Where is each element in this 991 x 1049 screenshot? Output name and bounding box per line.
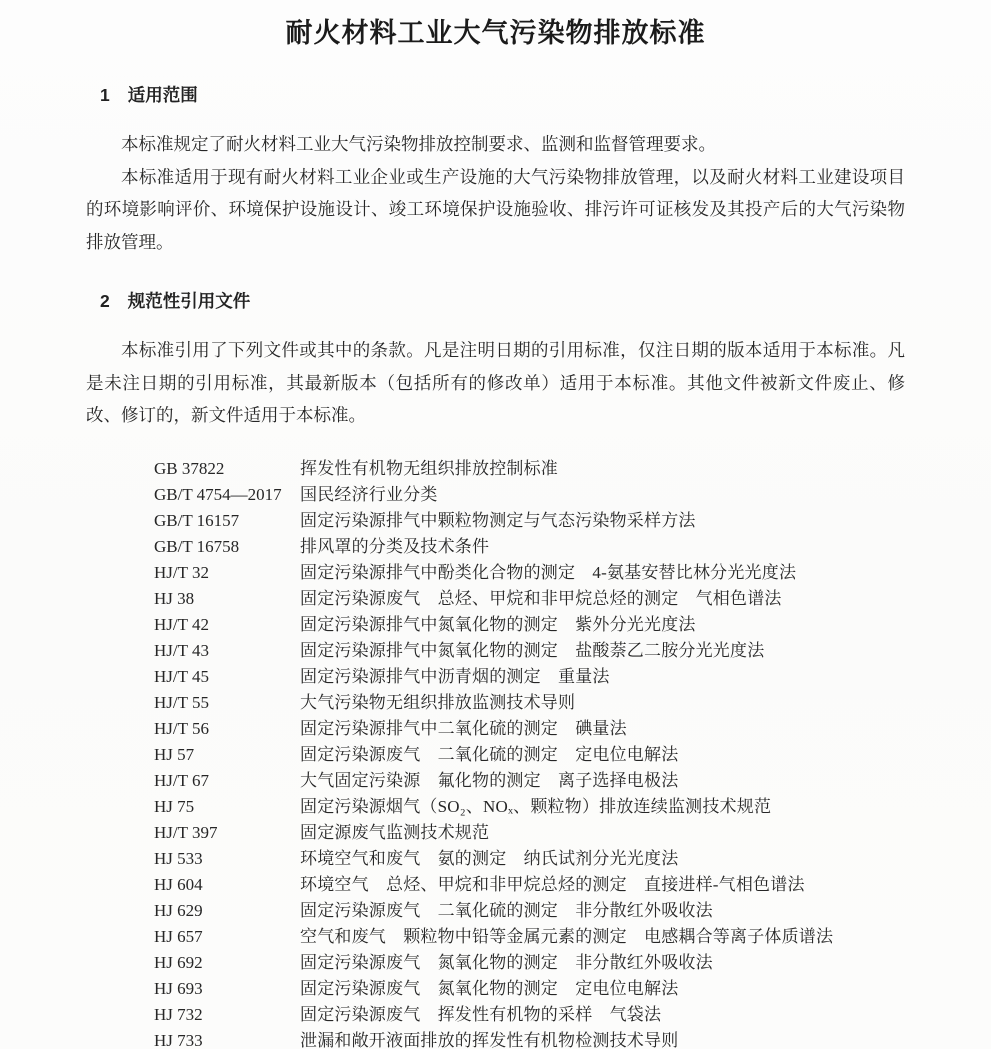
section-2-body: 本标准引用了下列文件或其中的条款。凡是注明日期的引用标准，仅注日期的版本适用于本… (86, 334, 905, 432)
document-page: 耐火材料工业大气污染物排放标准 1适用范围 本标准规定了耐火材料工业大气污染物排… (0, 0, 991, 1049)
section-1-heading: 1适用范围 (100, 84, 905, 106)
reference-code: GB/T 16157 (154, 508, 300, 534)
reference-title: 固定源废气监测技术规范 (300, 823, 489, 842)
reference-code: HJ 75 (154, 794, 300, 820)
reference-code: HJ/T 43 (154, 638, 300, 664)
reference-title: 排风罩的分类及技术条件 (300, 537, 489, 556)
reference-title: 固定污染源烟气（SO₂、NOₓ、颗粒物）排放连续监测技术规范 (300, 797, 771, 816)
reference-code: HJ 38 (154, 586, 300, 612)
reference-title: 大气污染物无组织排放监测技术导则 (300, 693, 575, 712)
reference-title: 固定污染源排气中氮氧化物的测定 紫外分光光度法 (300, 615, 696, 634)
reference-title: 挥发性有机物无组织排放控制标准 (300, 459, 558, 478)
section-normative-references: 2规范性引用文件 本标准引用了下列文件或其中的条款。凡是注明日期的引用标准，仅注… (86, 290, 905, 1049)
reference-code: HJ/T 45 (154, 664, 300, 690)
reference-item: HJ 629固定污染源废气 二氧化硫的测定 非分散红外吸收法 (154, 898, 905, 924)
reference-code: HJ 732 (154, 1002, 300, 1028)
reference-item: HJ/T 45固定污染源排气中沥青烟的测定 重量法 (154, 664, 905, 690)
reference-title: 固定污染源排气中颗粒物测定与气态污染物采样方法 (300, 511, 696, 530)
reference-code: GB/T 4754—2017 (154, 482, 300, 508)
section-1-body: 本标准规定了耐火材料工业大气污染物排放控制要求、监测和监督管理要求。 本标准适用… (86, 128, 905, 258)
paragraph-scope-2: 本标准适用于现有耐火材料工业企业或生产设施的大气污染物排放管理，以及耐火材料工业… (86, 161, 905, 259)
reference-item: GB/T 16157固定污染源排气中颗粒物测定与气态污染物采样方法 (154, 508, 905, 534)
reference-item: HJ 38固定污染源废气 总烃、甲烷和非甲烷总烃的测定 气相色谱法 (154, 586, 905, 612)
reference-item: HJ 57固定污染源废气 二氧化硫的测定 定电位电解法 (154, 742, 905, 768)
reference-item: HJ 657空气和废气 颗粒物中铅等金属元素的测定 电感耦合等离子体质谱法 (154, 924, 905, 950)
reference-item: HJ/T 67大气固定污染源 氟化物的测定 离子选择电极法 (154, 768, 905, 794)
section-scope: 1适用范围 本标准规定了耐火材料工业大气污染物排放控制要求、监测和监督管理要求。… (86, 84, 905, 258)
reference-title: 固定污染源排气中沥青烟的测定 重量法 (300, 667, 610, 686)
reference-item: GB/T 16758排风罩的分类及技术条件 (154, 534, 905, 560)
reference-item: HJ/T 56固定污染源排气中二氧化硫的测定 碘量法 (154, 716, 905, 742)
reference-item: HJ 604环境空气 总烃、甲烷和非甲烷总烃的测定 直接进样-气相色谱法 (154, 872, 905, 898)
section-2-title: 规范性引用文件 (128, 291, 251, 311)
reference-code: HJ/T 32 (154, 560, 300, 586)
reference-title: 固定污染源废气 挥发性有机物的采样 气袋法 (300, 1005, 661, 1024)
reference-item: GB 37822挥发性有机物无组织排放控制标准 (154, 456, 905, 482)
reference-code: GB/T 16758 (154, 534, 300, 560)
reference-title: 环境空气 总烃、甲烷和非甲烷总烃的测定 直接进样-气相色谱法 (300, 875, 805, 894)
reference-code: HJ/T 55 (154, 690, 300, 716)
reference-title: 固定污染源废气 二氧化硫的测定 非分散红外吸收法 (300, 901, 713, 920)
reference-item: HJ 75固定污染源烟气（SO₂、NOₓ、颗粒物）排放连续监测技术规范 (154, 794, 905, 820)
reference-code: HJ/T 67 (154, 768, 300, 794)
reference-code: HJ 533 (154, 846, 300, 872)
reference-title: 泄漏和敞开液面排放的挥发性有机物检测技术导则 (300, 1031, 678, 1049)
reference-code: HJ 733 (154, 1028, 300, 1049)
reference-title: 固定污染源废气 二氧化硫的测定 定电位电解法 (300, 745, 678, 764)
reference-item: GB/T 4754—2017国民经济行业分类 (154, 482, 905, 508)
section-2-heading: 2规范性引用文件 (100, 290, 905, 312)
reference-code: HJ/T 56 (154, 716, 300, 742)
paragraph-references-intro: 本标准引用了下列文件或其中的条款。凡是注明日期的引用标准，仅注日期的版本适用于本… (86, 334, 905, 432)
reference-item: HJ/T 397固定源废气监测技术规范 (154, 820, 905, 846)
reference-item: HJ 533环境空气和废气 氨的测定 纳氏试剂分光光度法 (154, 846, 905, 872)
reference-title: 固定污染源排气中酚类化合物的测定 4-氨基安替比林分光光度法 (300, 563, 796, 582)
reference-code: HJ 693 (154, 976, 300, 1002)
reference-item: HJ/T 42固定污染源排气中氮氧化物的测定 紫外分光光度法 (154, 612, 905, 638)
section-1-title: 适用范围 (128, 85, 198, 105)
reference-code: HJ 604 (154, 872, 300, 898)
section-1-number: 1 (100, 84, 110, 106)
reference-code: HJ/T 397 (154, 820, 300, 846)
reference-title: 空气和废气 颗粒物中铅等金属元素的测定 电感耦合等离子体质谱法 (300, 927, 833, 946)
document-title: 耐火材料工业大气污染物排放标准 (86, 14, 905, 52)
reference-item: HJ/T 43固定污染源排气中氮氧化物的测定 盐酸萘乙二胺分光光度法 (154, 638, 905, 664)
reference-code: HJ 657 (154, 924, 300, 950)
reference-item: HJ/T 55大气污染物无组织排放监测技术导则 (154, 690, 905, 716)
reference-title: 固定污染源废气 总烃、甲烷和非甲烷总烃的测定 气相色谱法 (300, 589, 782, 608)
reference-item: HJ 733泄漏和敞开液面排放的挥发性有机物检测技术导则 (154, 1028, 905, 1049)
reference-title: 固定污染源排气中氮氧化物的测定 盐酸萘乙二胺分光光度法 (300, 641, 764, 660)
reference-title: 固定污染源排气中二氧化硫的测定 碘量法 (300, 719, 627, 738)
reference-code: HJ 629 (154, 898, 300, 924)
reference-code: HJ/T 42 (154, 612, 300, 638)
reference-title: 固定污染源废气 氮氧化物的测定 定电位电解法 (300, 979, 678, 998)
reference-title: 固定污染源废气 氮氧化物的测定 非分散红外吸收法 (300, 953, 713, 972)
reference-item: HJ 692固定污染源废气 氮氧化物的测定 非分散红外吸收法 (154, 950, 905, 976)
section-2-number: 2 (100, 290, 110, 312)
reference-item: HJ 732固定污染源废气 挥发性有机物的采样 气袋法 (154, 1002, 905, 1028)
reference-item: HJ/T 32固定污染源排气中酚类化合物的测定 4-氨基安替比林分光光度法 (154, 560, 905, 586)
reference-code: HJ 692 (154, 950, 300, 976)
reference-code: GB 37822 (154, 456, 300, 482)
references-list: GB 37822挥发性有机物无组织排放控制标准GB/T 4754—2017国民经… (154, 456, 905, 1049)
reference-title: 国民经济行业分类 (300, 485, 438, 504)
reference-title: 环境空气和废气 氨的测定 纳氏试剂分光光度法 (300, 849, 678, 868)
reference-item: HJ 693固定污染源废气 氮氧化物的测定 定电位电解法 (154, 976, 905, 1002)
paragraph-scope-1: 本标准规定了耐火材料工业大气污染物排放控制要求、监测和监督管理要求。 (86, 128, 905, 161)
reference-title: 大气固定污染源 氟化物的测定 离子选择电极法 (300, 771, 678, 790)
reference-code: HJ 57 (154, 742, 300, 768)
